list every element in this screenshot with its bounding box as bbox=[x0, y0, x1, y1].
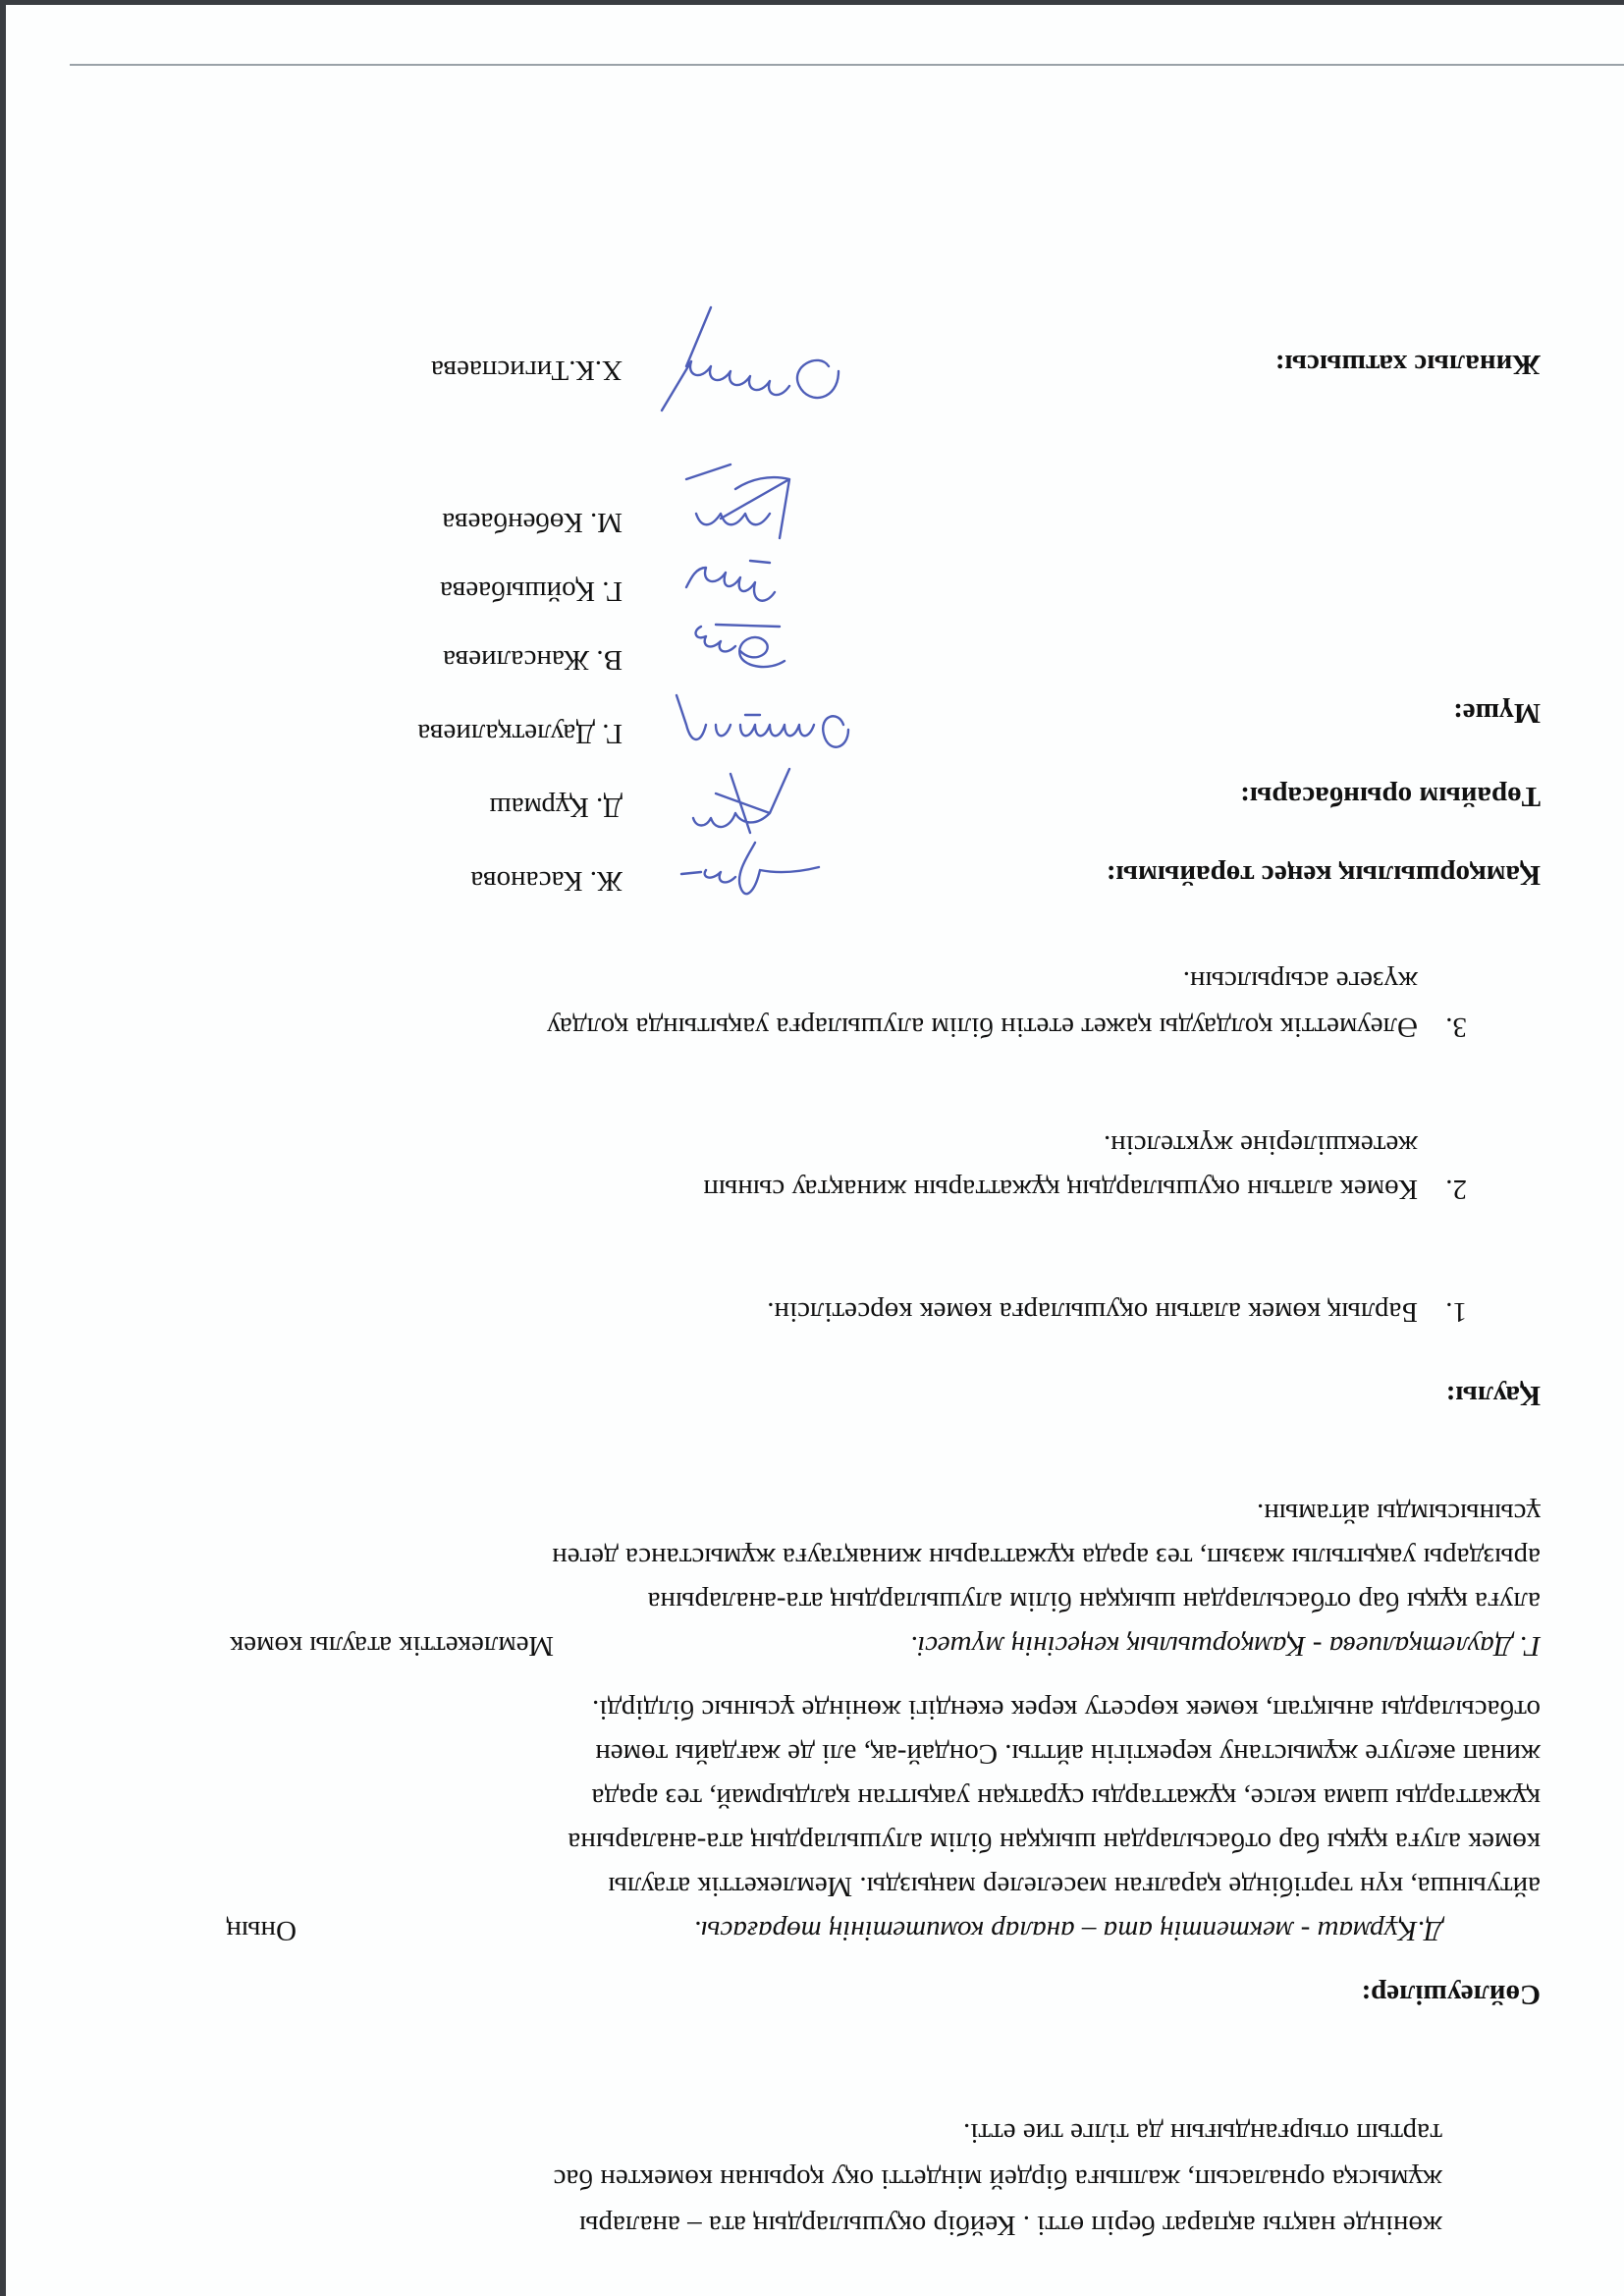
decision-2-line-1: Көмек алатын оқушылардың құжаттарын жина… bbox=[703, 1168, 1418, 1211]
signature-secretary-icon bbox=[632, 302, 858, 430]
signature-kobenbaeva-icon bbox=[672, 450, 809, 558]
speaker1-name-role: Д.Құрмаш - мектептің ата – аналар комите… bbox=[694, 1909, 1442, 1952]
name-kasanova: Ж. Касанова bbox=[470, 864, 623, 897]
secretary-label: Жиналыс хатшысы: bbox=[1275, 343, 1541, 386]
decision-1-num: 1. bbox=[1445, 1290, 1467, 1334]
speaker1-line-0: Оның bbox=[227, 1909, 297, 1952]
decision-1-line-1: Барлық көмек алатын оқушыларға көмек көр… bbox=[767, 1290, 1418, 1334]
decision-3-num: 3. bbox=[1445, 1006, 1467, 1049]
speaker1-line-5: отбасыларды анықтап, көмек көрсету керек… bbox=[592, 1688, 1541, 1731]
name-secretary: Х.К.Тигиспаева bbox=[431, 354, 623, 386]
name-kurmash: Д. Құрмаш bbox=[489, 791, 623, 823]
name-koishybaeva: Г. Қойшыбаева bbox=[440, 574, 623, 607]
scanned-page: жөнінде нақты ақпарат беріп өтті . Кейбі… bbox=[6, 5, 1624, 2296]
speaker2-line-3: ұсынысымды айтамын. bbox=[1257, 1492, 1541, 1535]
speaker1-line-1: айтуынша, күн тәртібінде қаралған мәселе… bbox=[608, 1865, 1541, 1908]
name-dauletkalieva: Г. Даулетқалиева bbox=[417, 717, 623, 749]
speaker1-line-2: көмек алуға құқы бар отбасылардан шыққан… bbox=[568, 1821, 1541, 1864]
speaker2-line-0: Мемлекеттік атаулы көмек bbox=[230, 1624, 554, 1667]
rotated-content: жөнінде нақты ақпарат беріп өтті . Кейбі… bbox=[6, 5, 1624, 2296]
speaker1-line-4: жинап әкелуге жұмыстану керектігін айтты… bbox=[595, 1732, 1541, 1776]
intro-line-1: жөнінде нақты ақпарат беріп өтті . Кейбі… bbox=[579, 2204, 1442, 2247]
intro-line-3: тартып отырғандығын да тілге тие етті. bbox=[963, 2111, 1442, 2155]
intro-line-2: жұмысқа орналасып, жалпыға бірдей міндет… bbox=[554, 2158, 1442, 2201]
speaker1-title: Д.Құрмаш - мектептің ата – аналар комите… bbox=[694, 1915, 1442, 1946]
signature-koishybaeva-icon bbox=[672, 548, 789, 622]
decisions-heading: Қаулы: bbox=[1446, 1374, 1541, 1417]
decision-2-num: 2. bbox=[1445, 1168, 1467, 1211]
speaker2-line-1: алуға құқы бар отбасылардан шыққан білім… bbox=[648, 1580, 1541, 1623]
speakers-heading: Сөйлеушілер: bbox=[1361, 1973, 1541, 2016]
speaker2-line-2: арыздары уақытылы жазып, тез арада құжат… bbox=[552, 1536, 1541, 1579]
speaker1-line-3: құжаттарды шама келсе, құжаттарды сұратқ… bbox=[592, 1777, 1541, 1820]
decision-3-line-2: жүзеге асырылсын. bbox=[1183, 959, 1418, 1003]
decision-2-line-2: жетекшілеріне жүктелсін. bbox=[1104, 1123, 1418, 1167]
signature-dauletkalieva-icon bbox=[662, 681, 858, 769]
chair-label: Қамқоршылық кеңес төрайымы: bbox=[1107, 853, 1541, 897]
speaker2-name-role: Г. Даулетқалиева - Қамқоршылық кеңесінің… bbox=[910, 1624, 1541, 1667]
name-kobenbaeva: М. Көбенбаева bbox=[442, 506, 623, 538]
vice-chair-label: Төрайым орынбасары: bbox=[1240, 775, 1541, 818]
decision-3-line-1: Әлеуметтік қолдауды қажет ететін білім а… bbox=[547, 1006, 1418, 1049]
scan-edge-rule bbox=[70, 64, 1624, 66]
member-label: Мүше: bbox=[1453, 691, 1541, 735]
name-zhansalieva: В. Жансалиева bbox=[443, 643, 623, 676]
signature-kasanova-icon bbox=[662, 833, 829, 911]
